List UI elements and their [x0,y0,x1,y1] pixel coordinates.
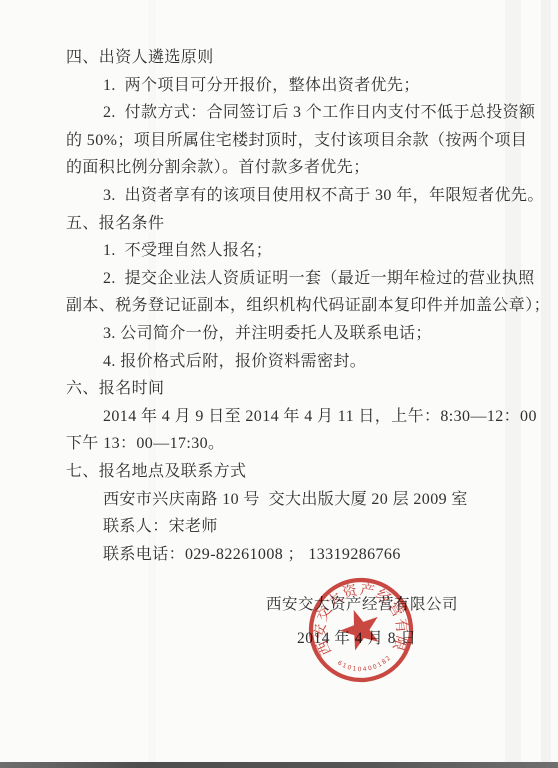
scan-edge-artifact [0,762,558,768]
doc-line: 下午 13：00—17:30。 [66,430,532,458]
company-seal: 西安交大资产经营有限公司 6101040018280 [305,574,417,686]
doc-line: 西安市兴庆南路 10 号 交大出版大厦 20 层 2009 室 [66,486,532,514]
doc-line: 1. 不受理自然人报名； [66,237,532,265]
scan-streak [541,0,551,768]
doc-line: 的 50%；项目所属住宅楼封顶时，支付该项目余款（按两个项目 [66,127,532,155]
doc-line: 1. 两个项目可分开报价，整体出资者优先； [66,72,532,100]
doc-line: 2. 付款方式：合同签订后 3 个工作日内支付不低于总投资额 [66,99,532,127]
doc-line: 3. 公司简介一份，并注明委托人及联系电话； [66,320,532,348]
section-heading: 七、报名地点及联系方式 [66,458,532,486]
doc-line: 2. 提交企业法人资质证明一套（最近一期年检过的营业执照 [66,265,532,293]
section-heading: 四、出资人遴选原则 [66,44,532,72]
doc-line: 的面积比例分割余款）。首付款多者优先； [66,154,532,182]
seal-star-icon [335,603,386,653]
doc-line: 2014 年 4 月 9 日至 2014 年 4 月 11 日，上午：8:30—… [66,403,532,431]
doc-line: 副本、税务登记证副本，组织机构代码证副本复印件并加盖公章）； [66,292,532,320]
document-page: 四、出资人遴选原则1. 两个项目可分开报价，整体出资者优先；2. 付款方式：合同… [0,0,558,768]
doc-line: 联系电话：029-82261008 ； 13319286766 [66,541,532,569]
doc-line: 4. 报价格式后附，报价资料需密封。 [66,348,532,376]
section-heading: 六、报名时间 [66,375,532,403]
doc-line: 联系人：宋老师 [66,513,532,541]
section-heading: 五、报名条件 [66,210,532,238]
document-body: 四、出资人遴选原则1. 两个项目可分开报价，整体出资者优先；2. 付款方式：合同… [66,44,532,568]
doc-line: 3. 出资者享有的该项目使用权不高于 30 年，年限短者优先。 [66,182,532,210]
